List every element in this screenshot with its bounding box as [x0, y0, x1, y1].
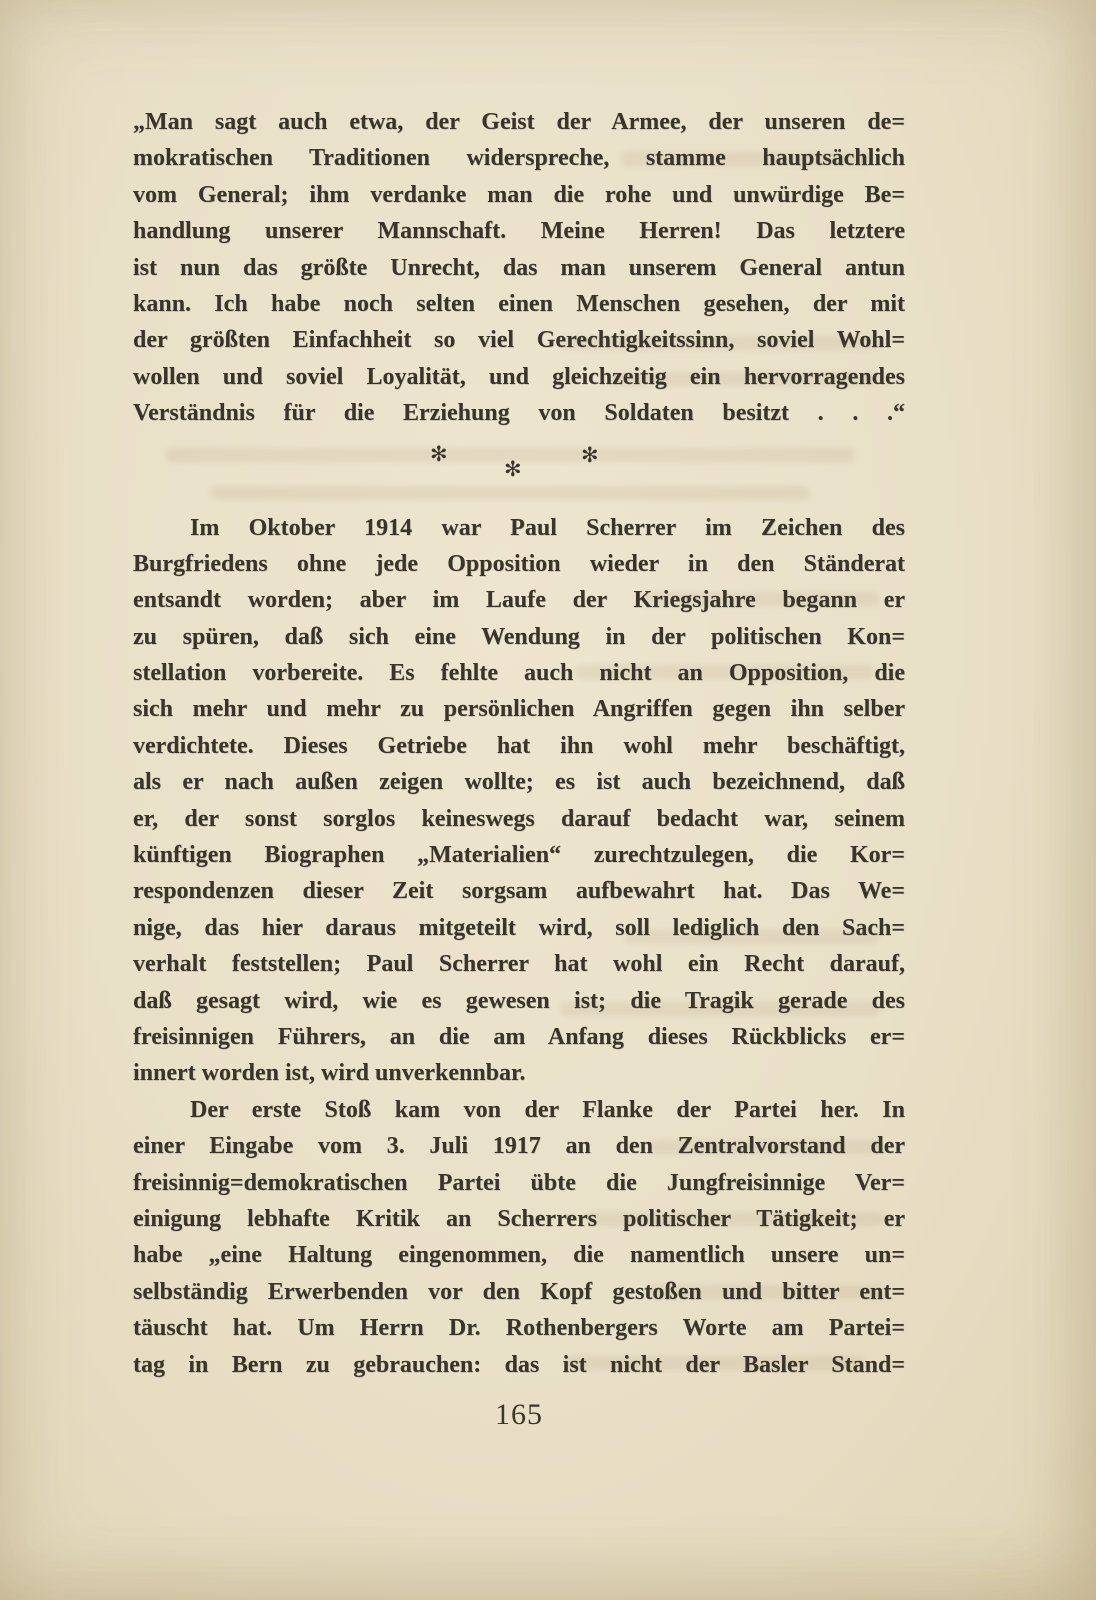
text-line: einigung lebhafte Kritik an Scherrers po…: [133, 1201, 905, 1237]
text-line: der größten Einfachheit so viel Gerechti…: [133, 322, 905, 358]
text-line: Burgfriedens ohne jede Opposition wieder…: [133, 546, 905, 582]
text-line: vom General; ihm verdanke man die rohe u…: [133, 177, 905, 213]
text-line: verhalt feststellen; Paul Scherrer hat w…: [133, 946, 905, 982]
text-line: Im Oktober 1914 war Paul Scherrer im Zei…: [133, 510, 905, 546]
text-line: freisinnig=demokratischen Partei übte di…: [133, 1165, 905, 1201]
asterisk-icon: ✻: [581, 445, 599, 466]
text-line: „Man sagt auch etwa, der Geist der Armee…: [133, 104, 905, 140]
text-line: entsandt worden; aber im Laufe der Krieg…: [133, 582, 905, 618]
text-line: handlung unserer Mannschaft. Meine Herre…: [133, 213, 905, 249]
book-page: „Man sagt auch etwa, der Geist der Armee…: [0, 0, 1096, 1600]
body-paragraph-oktober-1914: Im Oktober 1914 war Paul Scherrer im Zei…: [133, 510, 905, 1092]
text-line: respondenzen dieser Zeit sorgsam aufbewa…: [133, 873, 905, 909]
asterisk-icon: ✻: [430, 444, 448, 465]
text-line: ist nun das größte Unrecht, das man unse…: [133, 250, 905, 286]
text-line: innert worden ist, wird unverkennbar.: [133, 1055, 905, 1091]
text-line: Der erste Stoß kam von der Flanke der Pa…: [133, 1092, 905, 1128]
text-line: einer Eingabe vom 3. Juli 1917 an den Ze…: [133, 1128, 905, 1164]
quote-paragraph: „Man sagt auch etwa, der Geist der Armee…: [133, 104, 905, 432]
body-paragraph-erster-stoss: Der erste Stoß kam von der Flanke der Pa…: [133, 1092, 905, 1383]
text-line: freisinnigen Führers, an die am Anfang d…: [133, 1019, 905, 1055]
text-line: Verständnis für die Erziehung von Soldat…: [133, 395, 905, 431]
text-line: mokratischen Traditionen widerspreche, s…: [133, 140, 905, 176]
page-number: 165: [133, 1398, 905, 1432]
text-line: selbständig Erwerbenden vor den Kopf ges…: [133, 1274, 905, 1310]
text-line: künftigen Biographen „Materialien“ zurec…: [133, 837, 905, 873]
text-line: tag in Bern zu gebrauchen: das ist nicht…: [133, 1347, 905, 1383]
text-line: täuscht hat. Um Herrn Dr. Rothenbergers …: [133, 1310, 905, 1346]
text-line: habe „eine Haltung eingenommen, die name…: [133, 1237, 905, 1273]
text-line: stellation vorbereite. Es fehlte auch ni…: [133, 655, 905, 691]
text-line: daß gesagt wird, wie es gewesen ist; die…: [133, 983, 905, 1019]
text-line: er, der sonst sorglos keineswegs darauf …: [133, 801, 905, 837]
page-text-block: „Man sagt auch etwa, der Geist der Armee…: [133, 104, 905, 1432]
text-line: als er nach außen zeigen wollte; es ist …: [133, 764, 905, 800]
text-line: kann. Ich habe noch selten einen Mensche…: [133, 286, 905, 322]
asterisk-icon: ✻: [504, 459, 522, 480]
asterism-separator: ✻ ✻ ✻: [133, 432, 905, 510]
text-line: zu spüren, daß sich eine Wendung in der …: [133, 619, 905, 655]
page-footer: 165: [133, 1398, 905, 1432]
text-line: wollen und soviel Loyalität, und gleichz…: [133, 359, 905, 395]
text-line: verdichtete. Dieses Getriebe hat ihn woh…: [133, 728, 905, 764]
text-line: sich mehr und mehr zu persönlichen Angri…: [133, 691, 905, 727]
text-line: nige, das hier daraus mitgeteilt wird, s…: [133, 910, 905, 946]
